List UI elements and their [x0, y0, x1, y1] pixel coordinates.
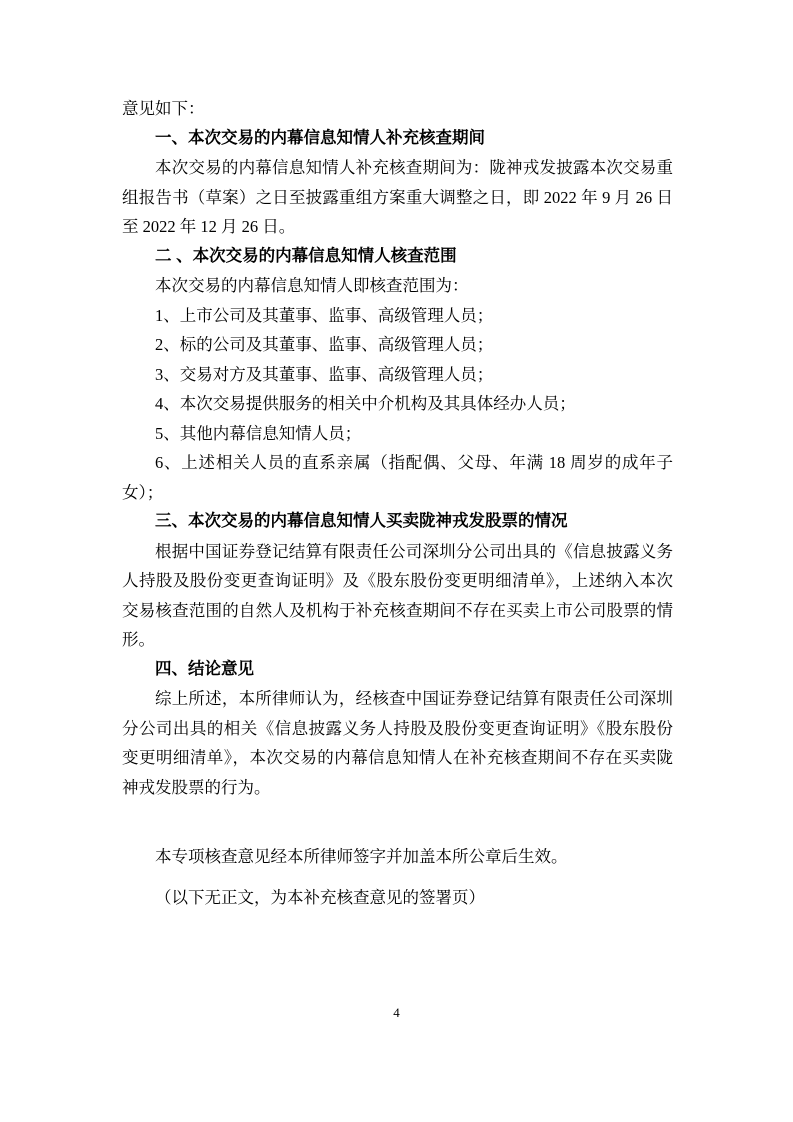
section-4-paragraph: 综上所述，本所律师认为，经核查中国证券登记结算有限责任公司深圳分公司出具的相关《…	[122, 684, 673, 802]
section-2-paragraph: 本次交易的内幕信息知情人即核查范围为：	[122, 271, 673, 301]
section-1-paragraph: 本次交易的内幕信息知情人补充核查期间为：陇神戎发披露本次交易重组报告书（草案）之…	[122, 153, 673, 242]
intro-line: 意见如下：	[122, 94, 673, 124]
section-3-heading: 三、本次交易的内幕信息知情人买卖陇神戎发股票的情况	[122, 507, 673, 537]
section-3-paragraph: 根据中国证券登记结算有限责任公司深圳分公司出具的《信息披露义务人持股及股份变更查…	[122, 537, 673, 655]
closing-signature-note: （以下无正文，为本补充核查意见的签署页）	[122, 883, 673, 913]
page-number: 4	[0, 1005, 793, 1021]
list-item-4: 4、本次交易提供服务的相关中介机构及其具体经办人员；	[122, 389, 673, 419]
list-item-6: 6、上述相关人员的直系亲属（指配偶、父母、年满 18 周岁的成年子女）；	[122, 448, 673, 507]
list-item-2: 2、标的公司及其董事、监事、高级管理人员；	[122, 330, 673, 360]
document-content: 意见如下： 一、本次交易的内幕信息知情人补充核查期间 本次交易的内幕信息知情人补…	[122, 94, 673, 912]
list-item-1: 1、上市公司及其董事、监事、高级管理人员；	[122, 301, 673, 331]
section-1-heading: 一、本次交易的内幕信息知情人补充核查期间	[122, 124, 673, 154]
document-page: 意见如下： 一、本次交易的内幕信息知情人补充核查期间 本次交易的内幕信息知情人补…	[0, 0, 793, 1122]
section-4-heading: 四、结论意见	[122, 655, 673, 685]
section-2-heading: 二 、本次交易的内幕信息知情人核查范围	[122, 242, 673, 272]
list-item-5: 5、其他内幕信息知情人员；	[122, 419, 673, 449]
list-item-3: 3、交易对方及其董事、监事、高级管理人员；	[122, 360, 673, 390]
closing-effectiveness-line: 本专项核查意见经本所律师签字并加盖本所公章后生效。	[122, 842, 673, 872]
